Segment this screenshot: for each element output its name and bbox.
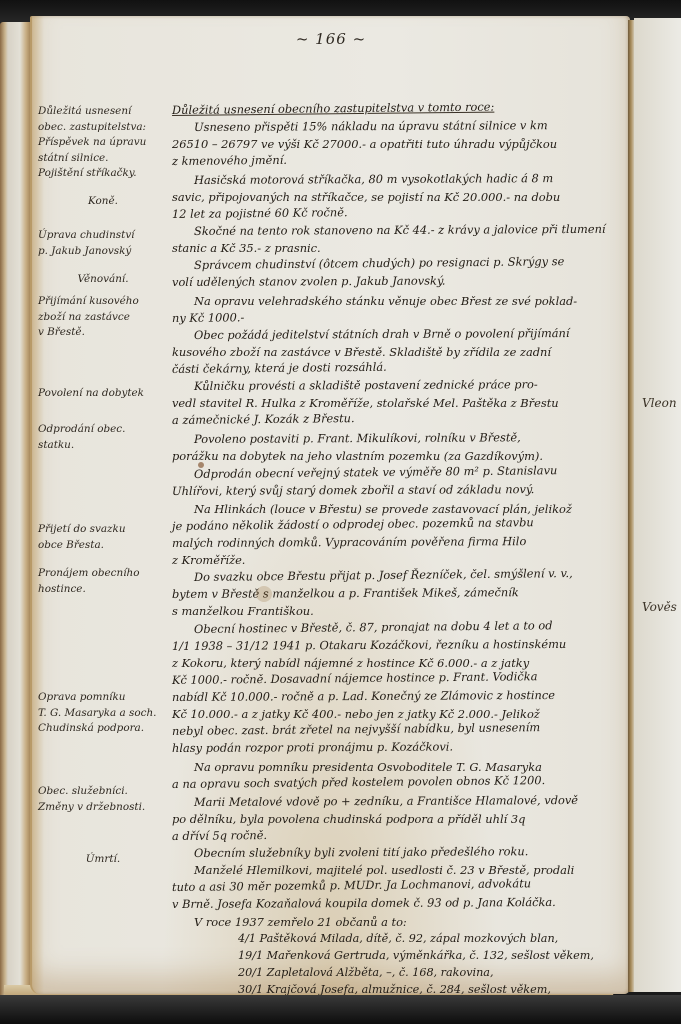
text-line: Usneseno přispěti 15% nákladu na úpravu … (194, 117, 548, 136)
text-line: V roce 1937 zemřelo 21 občanů a to: (194, 914, 407, 931)
text-line: Obecním služebníky byli zvoleni tití jak… (194, 843, 528, 862)
margin-note: Obec. služebníci. Změny v držebnosti. (38, 784, 168, 815)
text-line: ny Kč 1000.- (172, 309, 245, 327)
text-line: vedl stavitel R. Hulka z Kroměříže, stol… (172, 395, 559, 412)
text-line: 12 let za pojistné 60 Kč ročně. (172, 204, 348, 223)
margin-note: Důležitá usnesení obec. zastupitelstva: … (38, 104, 168, 182)
text-line: po dělníku, byla povolena chudinská podp… (172, 811, 525, 828)
text-line: Skočné na tento rok stanoveno na Kč 44.-… (194, 221, 606, 240)
facing-page-text-fragment: Vověs (642, 600, 677, 614)
margin-note: Úmrtí. (38, 852, 168, 868)
margin-note: Úprava chudinství p. Jakub Janovský (38, 228, 168, 259)
text-line: 1/1 1938 – 31/12 1941 p. Otakaru Kozáčko… (172, 636, 566, 655)
section-heading: Důležitá usnesení obecního zastupitelstv… (172, 99, 494, 119)
text-line: savic, připojovaných na stříkačce, se po… (172, 189, 560, 206)
text-line: nabídl Kč 10.000.- ročně a p. Lad. Koneč… (172, 687, 555, 706)
text-line: a dříví 5q ročně. (172, 827, 267, 845)
right-page-edge: VleonVověs (634, 18, 681, 992)
margin-note: Odprodání obec. statku. (38, 422, 168, 453)
scan-background-bottom (0, 995, 681, 1024)
paper-stain (256, 586, 272, 602)
manuscript-page: ~ 166 ~ Důležitá usnesení obec. zastupit… (30, 16, 630, 994)
text-line: a na opravu soch svatých před kostelem p… (172, 772, 545, 793)
text-line: Kč 1000.- ročně. Dosavadní nájemce hosti… (172, 668, 538, 689)
text-line: části čekárny, která je dosti rozsáhlá. (172, 359, 387, 378)
death-record: 20/1 Zapletalová Alžběta, –, č. 168, rak… (238, 966, 494, 979)
text-line: je podáno několik žádostí o odprodej obe… (172, 514, 534, 535)
left-page-edges (0, 22, 34, 1004)
text-line: Hasičská motorová stříkačka, 80 m vysoko… (194, 170, 553, 189)
text-line: Na opravu velehradského stánku věnuje ob… (194, 293, 577, 310)
text-line: tuto a asi 30 měr pozemků p. MUDr. Ja Lo… (172, 875, 531, 896)
text-line: Správcem chudinství (ôtcem chudých) po r… (194, 253, 564, 274)
text-line: hlasy podán rozpor proti pronájmu p. Koz… (172, 739, 453, 757)
margin-note: Pronájem obecního hostince. (38, 566, 168, 597)
text-line: z Kroměříže. (172, 552, 245, 569)
ink-spot (198, 462, 204, 468)
text-line: nebyl obec. zast. brát zřetel na nejvyšš… (172, 719, 540, 740)
text-line: 26510 – 26797 ve výši Kč 27000.- a opatř… (172, 136, 557, 153)
facing-page-text-fragment: Vleon (642, 396, 677, 410)
text-line: malých rodinných domků. Vypracováním pov… (172, 533, 526, 552)
text-line: z kmenového jmění. (172, 152, 287, 170)
page-number: ~ 166 ~ (32, 30, 630, 48)
text-line: bytem v Břestě s manželkou a p. Františe… (172, 584, 519, 603)
text-line: volí udělených stanov zvolen p. Jakub Ja… (172, 273, 446, 291)
text-line: a zámečnické J. Kozák z Břestu. (172, 410, 355, 429)
text-line: Kůlničku provésti a skladiště postavení … (194, 376, 538, 395)
text-line: s manželkou Františkou. (172, 603, 314, 620)
margin-note: Povolení na dobytek (38, 386, 168, 402)
margin-note: Přijetí do svazku obce Břesta. (38, 522, 168, 553)
death-record: 4/1 Paštěková Milada, dítě, č. 92, zápal… (238, 932, 558, 945)
text-line: Do svazku obce Břestu přijat p. Josef Ře… (194, 565, 573, 586)
margin-note: Věnování. (38, 272, 168, 288)
text-line: Uhlířovi, který svůj starý domek zbořil … (172, 481, 535, 500)
text-line: Odprodán obecní veřejný statek ve výměře… (194, 462, 557, 483)
text-line: Obecní hostinec v Břestě, č. 87, pronaja… (194, 617, 553, 638)
margin-note: Oprava pomníku T. G. Masaryka a soch. Ch… (38, 690, 168, 737)
text-line: Povoleno postaviti p. Frant. Mikulíkovi,… (194, 429, 521, 448)
death-record: 19/1 Mařenková Gertruda, výměnkářka, č. … (238, 949, 594, 962)
text-line: Obec požádá jeditelství státních drah v … (194, 325, 570, 344)
text-line: Marii Metalové vdově po + zedníku, a Fra… (194, 792, 578, 811)
margin-note: Přijímání kusového zboží na zastávce v B… (38, 294, 168, 341)
margin-note: Koně. (38, 194, 168, 210)
text-line: stanic a Kč 35.- z prasnic. (172, 240, 321, 257)
text-line: v Brně. Josefa Kozaňalová koupila domek … (172, 894, 556, 913)
